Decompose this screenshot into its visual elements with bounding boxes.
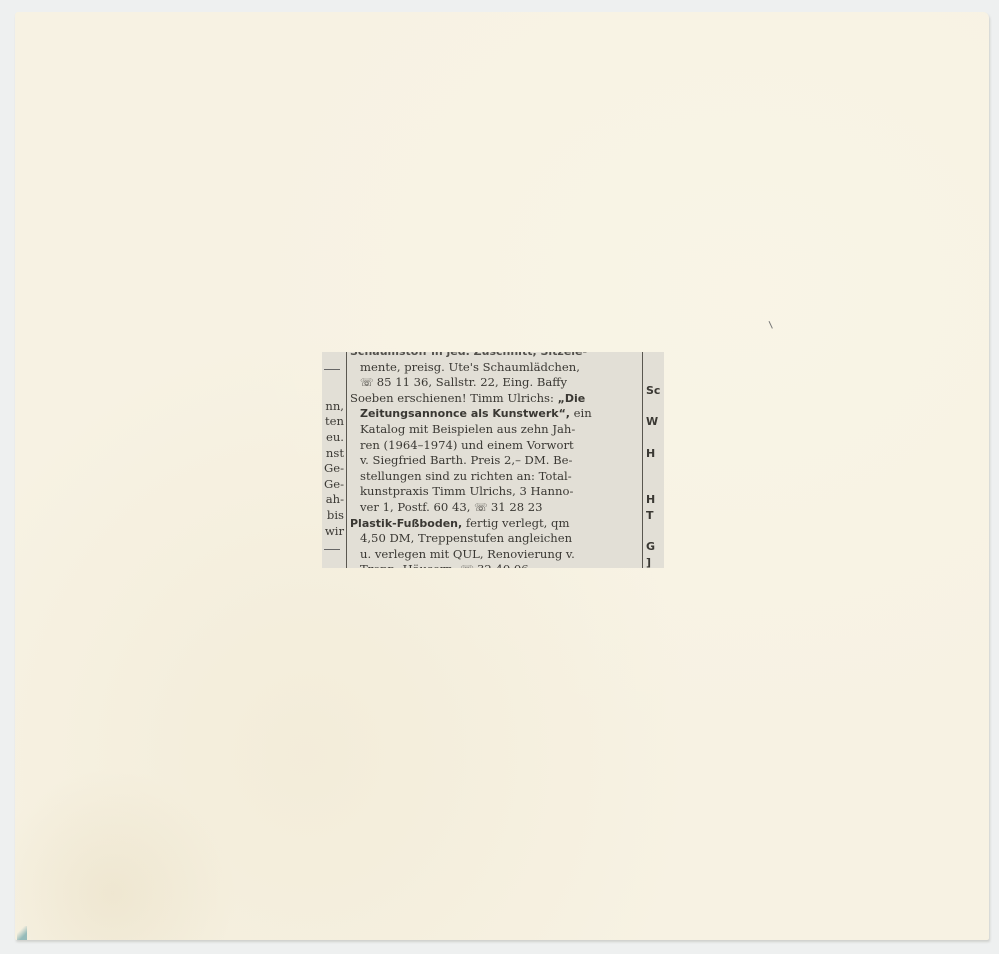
right-fragment-line [646, 430, 664, 446]
right-fragment-line [646, 352, 664, 368]
ad-text-line: u. verlegen mit QUL, Renovierung v. [350, 547, 640, 563]
ad-text-line: Katalog mit Beispielen aus zehn Jah- [350, 422, 640, 438]
text: Katalog mit Beispielen aus zehn Jah- [360, 422, 575, 436]
corner-stain [17, 926, 27, 940]
text: ein [570, 406, 592, 420]
left-fragment-line [322, 383, 344, 399]
text: ver 1, Postf. 60 43, [360, 500, 474, 514]
text-tail: 32 40 06 [477, 562, 529, 568]
classified-ads-column: Schaumstoff in jed. Zuschnitt, Sitzele-m… [350, 352, 640, 568]
ad-text-line: Soeben erschienen! Timm Ulrichs: „Die [350, 391, 640, 407]
text: mente, preisg. Ute's Schaumlädchen, [360, 360, 580, 374]
bold-head: Plastik-Fußboden, [350, 517, 462, 530]
text: v. Siegfried Barth. Preis 2,– DM. Be- [360, 453, 572, 467]
right-fragment-line: H [646, 492, 664, 508]
left-fragment-line: eu. [322, 430, 344, 446]
text: 85 11 36, Sallstr. 22, Eing. Baffy [377, 375, 567, 389]
text: fertig verlegt, qm [462, 516, 569, 530]
right-column-fragment: Sc W H HT G]] [646, 352, 664, 568]
text: stellungen sind zu richten an: Total- [360, 469, 572, 483]
left-fragment-line [322, 368, 344, 384]
text: kunstpraxis Timm Ulrichs, 3 Hanno- [360, 484, 573, 498]
bold-tail: „Die [558, 392, 586, 405]
bold-head: Zeitungsannonce als Kunstwerk“, [360, 407, 570, 420]
text: ren (1964–1974) und einem Vorwort [360, 438, 574, 452]
ad-text-line: ren (1964–1974) und einem Vorwort [350, 438, 640, 454]
ad-text-line: ☏85 11 36, Sallstr. 22, Eing. Baffy [350, 375, 640, 391]
left-fragment-line: bis [322, 508, 344, 524]
text-tail: 31 28 23 [491, 500, 543, 514]
column-rule-right [642, 352, 643, 568]
left-fragment-line: wir [322, 524, 344, 540]
ad-text-line: mente, preisg. Ute's Schaumlädchen, [350, 360, 640, 376]
ad-text-line: Trepp.-Häusern. ☏32 40 06 [350, 562, 640, 568]
ad-text-line: ver 1, Postf. 60 43, ☏31 28 23 [350, 500, 640, 516]
left-fragment-line [322, 539, 344, 555]
ad-text-line: stellungen sind zu richten an: Total- [350, 469, 640, 485]
column-rule-left [346, 352, 347, 568]
right-fragment-line: W [646, 414, 664, 430]
left-fragment-line [322, 555, 344, 568]
left-fragment-line [322, 352, 344, 368]
left-fragment-line: Ge- [322, 461, 344, 477]
text: u. verlegen mit QUL, Renovierung v. [360, 547, 575, 561]
right-fragment-line [646, 477, 664, 493]
telephone-icon: ☏ [360, 375, 374, 391]
right-fragment-line: T [646, 508, 664, 524]
text: Trepp.-Häusern. [360, 562, 460, 568]
right-fragment-line [646, 524, 664, 540]
left-fragment-line: ah- [322, 492, 344, 508]
telephone-icon: ☏ [474, 500, 488, 516]
right-fragment-line [646, 368, 664, 384]
right-fragment-line [646, 461, 664, 477]
right-fragment-line: G [646, 539, 664, 555]
text: 4,50 DM, Treppenstufen angleichen [360, 531, 572, 545]
right-fragment-line [646, 399, 664, 415]
left-fragment-line: nst [322, 446, 344, 462]
right-fragment-line: ] [646, 555, 664, 568]
ad-text-line: v. Siegfried Barth. Preis 2,– DM. Be- [350, 453, 640, 469]
ad-text-line: Schaumstoff in jed. Zuschnitt, Sitzele- [350, 352, 640, 360]
ad-text-line: kunstpraxis Timm Ulrichs, 3 Hanno- [350, 484, 640, 500]
left-fragment-line: ten [322, 414, 344, 430]
text: Schaumstoff in jed. Zuschnitt, Sitzele- [350, 352, 587, 358]
ad-text-line: 4,50 DM, Treppenstufen angleichen [350, 531, 640, 547]
text: Soeben erschienen! Timm Ulrichs: [350, 391, 558, 405]
left-fragment-line: nn, [322, 399, 344, 415]
right-fragment-line: H [646, 446, 664, 462]
telephone-icon: ☏ [460, 562, 474, 568]
left-column-fragment: nn,teneu.nstGe-Ge-ah-biswir [322, 352, 344, 568]
newspaper-clipping: nn,teneu.nstGe-Ge-ah-biswir Schaumstoff … [322, 352, 664, 568]
ad-text-line: Plastik-Fußboden, fertig verlegt, qm [350, 516, 640, 532]
ad-text-line: Zeitungsannonce als Kunstwerk“, ein [350, 406, 640, 422]
right-fragment-line: Sc [646, 383, 664, 399]
left-fragment-line: Ge- [322, 477, 344, 493]
